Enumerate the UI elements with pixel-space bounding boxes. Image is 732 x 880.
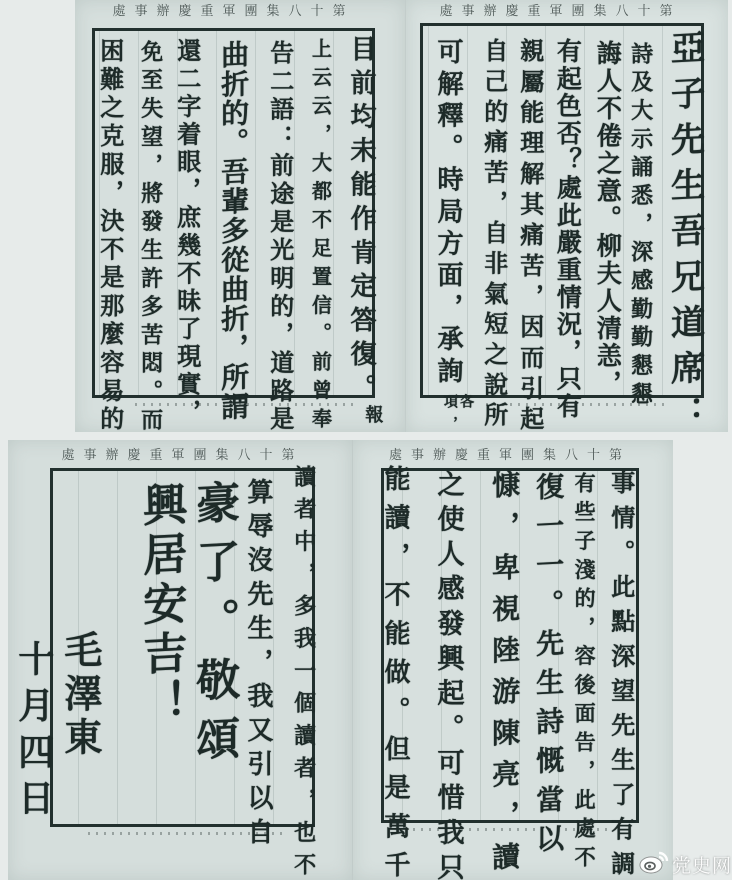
letter-page-3: 處事辦慶重軍團集八十第 事情。此點深望先生了有調 有些子淺的，容後面告，此處不 …: [352, 440, 673, 880]
letter-date: 十月四日: [12, 640, 53, 815]
handwritten-column: 可解釋。時局方面，承詢: [432, 38, 462, 383]
handwritten-column-closing: 興居安吉！: [135, 481, 186, 726]
watermark-text: 党史网: [672, 851, 732, 878]
handwritten-column: 誨人不倦之意。柳夫人清恙，: [593, 40, 622, 395]
watermark: 党史网: [638, 850, 732, 878]
letterhead-title: 處事辦慶重軍團集八十第: [381, 448, 639, 464]
handwritten-column: 免至失望，將發生許多苦悶。而: [137, 40, 162, 430]
handwritten-column-tail: 各項，: [442, 394, 474, 430]
letter-page-4: 處事辦慶重軍團集八十第 讀者中，多我一個讀者，也不 算辱沒先生，我又引以自 豪了…: [8, 440, 352, 880]
signature: 毛澤東: [58, 630, 102, 755]
handwritten-column-closing: 豪了。敬頌: [188, 479, 239, 762]
handwritten-column-salutation: 亞子先生吾兄道席：: [664, 29, 703, 431]
letter-page-2: 處事辦慶重軍團集八十第 目前均未能作肯定答復。 報 上云云，大都不足置信。前曾奉…: [75, 0, 405, 432]
handwritten-column: 慷，卑視陸游陳亮，讀: [488, 469, 520, 871]
handwritten-column: 讀者中，多我一個讀者，也不: [290, 465, 315, 875]
handwritten-column: 目前均未能作肯定答復。: [345, 35, 375, 400]
handwritten-column: 自己的痛苦，自非氣短之說所: [480, 38, 508, 426]
handwritten-column-tail: 報: [362, 405, 383, 427]
letterhead-title: 處事辦慶重軍團集八十第: [420, 4, 701, 20]
handwritten-column: 告二語：前途是光明的，道路是: [266, 40, 294, 430]
handwritten-column: 上云云，大都不足置信。前曾奉: [309, 38, 332, 428]
handwritten-column: 事情。此點深望先生了有調: [607, 470, 635, 875]
letterhead-title: 處事辦慶重軍團集八十第: [50, 448, 315, 464]
weibo-icon: [638, 849, 670, 879]
letterhead-title: 處事辦慶重軍團集八十第: [92, 4, 375, 20]
letter-page-1: 處事辦慶重軍團集八十第 亞子先生吾兄道席： 詩及大示誦悉，深感勤勤懇懇 誨人不倦…: [405, 0, 728, 432]
handwritten-column: 復一一。先生詩慨當以: [532, 471, 564, 853]
handwritten-column: 親屬能理解其痛苦，因而引起: [516, 38, 544, 430]
handwritten-column: 之使人感發興起。可惜我只: [432, 470, 463, 880]
handwritten-column: 詩及大示誦悉，深感勤勤懇懇: [627, 42, 652, 404]
handwritten-column: 有起色否？處此嚴重情況，只有: [553, 38, 582, 418]
handwritten-column: 能讀，不能做。但是萬千: [379, 465, 409, 877]
handwritten-column: 困難之克服，決不是那麼容易的: [96, 38, 124, 430]
handwritten-column: 曲折的。吾輩多從曲折，所謂: [217, 39, 249, 421]
handwritten-column: 算辱沒先生，我又引以自: [242, 478, 272, 844]
handwritten-column: 還二字着眼，庶幾不昧了現實，: [173, 38, 201, 423]
handwritten-column: 有些子淺的，容後面告，此處不: [572, 472, 596, 867]
